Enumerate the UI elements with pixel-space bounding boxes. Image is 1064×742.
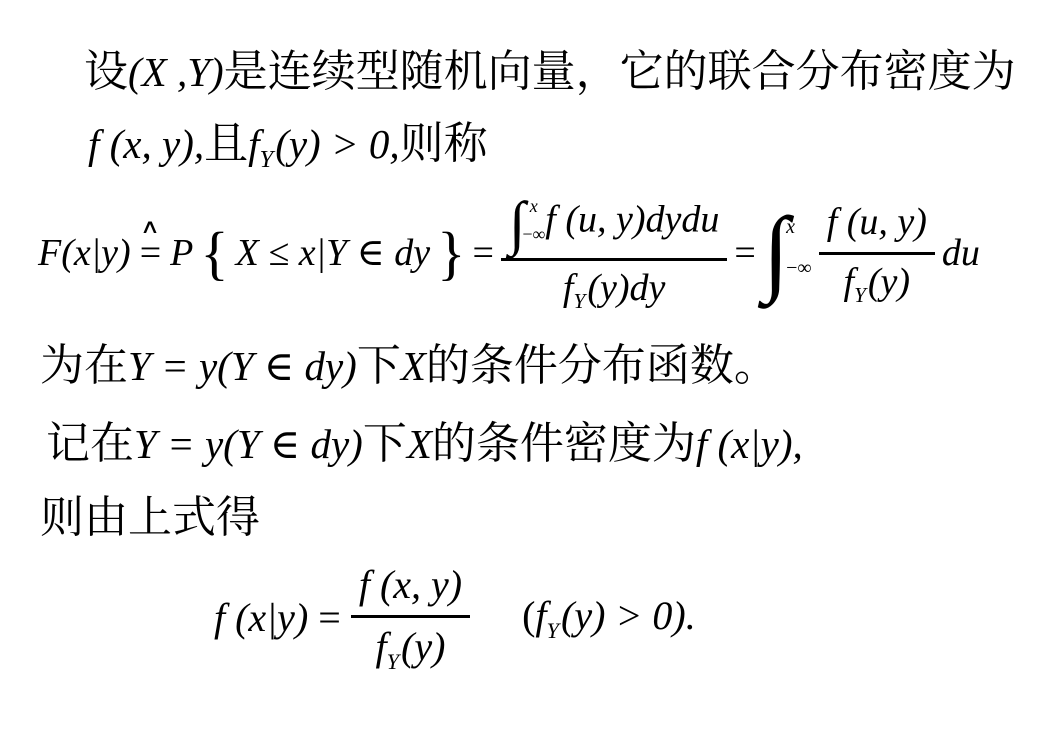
p4-cn1: 记在 bbox=[46, 419, 134, 468]
numerator-2-expr: f (u, y) bbox=[827, 201, 927, 243]
integral-1: ∫x−∞ bbox=[509, 193, 545, 253]
integral-2: ∫x−∞ bbox=[763, 207, 812, 295]
fraction-1-numerator: ∫x−∞f (u, y)dydu bbox=[501, 193, 728, 261]
fraction-final: f (x, y) fY(y) bbox=[351, 560, 470, 676]
den-2-f: f bbox=[844, 261, 855, 303]
pdf-lhs: f (x|y) bbox=[214, 593, 308, 643]
intro-cn-prefix: 设 bbox=[84, 47, 128, 96]
fraction-density-ratio: f (u, y) fY(y) bbox=[819, 199, 935, 308]
numerator-1-expr: f (u, y)dydu bbox=[545, 199, 719, 241]
integral-1-upper: x bbox=[522, 195, 545, 218]
den-2-sub-Y: Y bbox=[854, 283, 866, 307]
cond-sub-Y: Y bbox=[547, 618, 559, 643]
den-2-expr: (y) bbox=[868, 261, 910, 303]
integral-1-lower: −∞ bbox=[522, 223, 545, 246]
event-expression: X ≤ x|Y ∈ dy bbox=[236, 230, 431, 278]
den-1-f: f bbox=[563, 267, 574, 309]
p4-X: X bbox=[407, 421, 432, 467]
fraction-final-denominator: fY(y) bbox=[351, 618, 470, 676]
cn-then-called: 则称 bbox=[400, 119, 488, 168]
cond-f: f bbox=[535, 593, 546, 638]
intro-line-2: f (x, y),且fY(y) > 0,则称 bbox=[88, 116, 488, 176]
num-final-expr: f (x, y) bbox=[359, 562, 462, 607]
p4-condition-expr: Y = y(Y ∈ dy) bbox=[134, 421, 363, 467]
conditional-cdf-formula: F(x|y) ∧= P { X ≤ x|Y ∈ dy } = ∫x−∞f (u,… bbox=[38, 184, 980, 324]
integral-1-limits: x−∞ bbox=[522, 193, 545, 253]
defined-as-equals: ∧= bbox=[138, 230, 163, 278]
joint-density-symbol: f (x, y), bbox=[88, 121, 204, 167]
density-definition-line: 记在Y = y(Y ∈ dy)下X的条件密度为f (x|y), bbox=[46, 416, 803, 471]
cond-rest: (y) > 0). bbox=[561, 593, 696, 638]
fraction-2-numerator: f (u, y) bbox=[819, 199, 935, 255]
p4-cn2: 下 bbox=[363, 419, 407, 468]
integral-2-lower: −∞ bbox=[786, 256, 812, 281]
fraction-1-denominator: fY(y)dy bbox=[501, 261, 728, 315]
du-differential: du bbox=[942, 230, 980, 278]
p3-cn3: 的条件分布函数。 bbox=[426, 341, 778, 390]
p3-cn2: 下 bbox=[357, 341, 401, 390]
cn-and: 且 bbox=[204, 119, 248, 168]
p4-conditional-density-symbol: f (x|y), bbox=[696, 421, 803, 467]
den-final-sub-Y: Y bbox=[387, 649, 399, 674]
p4-cn3: 的条件密度为 bbox=[432, 419, 696, 468]
equals-1: = bbox=[472, 230, 493, 278]
then-from-above-line: 则由上式得 bbox=[40, 490, 260, 545]
integral-2-upper: x bbox=[786, 215, 812, 240]
fraction-final-numerator: f (x, y) bbox=[351, 560, 470, 618]
right-brace: } bbox=[437, 227, 465, 280]
defeq-sign: = bbox=[140, 232, 161, 274]
cond-open-paren: ( bbox=[522, 593, 535, 638]
integral-2-limits: x−∞ bbox=[786, 207, 812, 295]
den-final-f: f bbox=[375, 624, 386, 669]
random-vector-pair: (X ,Y) bbox=[128, 49, 224, 95]
marginal-sub-Y: Y bbox=[260, 146, 274, 173]
p3-condition-expr: Y = y(Y ∈ dy) bbox=[128, 343, 357, 389]
positivity-condition: (fY(y) > 0). bbox=[522, 591, 696, 645]
fraction-dy-ratio: ∫x−∞f (u, y)dydu fY(y)dy bbox=[501, 193, 728, 315]
den-1-expr: (y)dy bbox=[587, 267, 665, 309]
den-final-expr: (y) bbox=[401, 624, 445, 669]
marginal-positive: (y) > 0, bbox=[275, 121, 399, 167]
lecture-slide: 设(X ,Y)是连续型随机向量，它的联合分布密度为 f (x, y),且fY(y… bbox=[0, 0, 1064, 742]
cdf-lhs: F(x|y) bbox=[38, 230, 131, 278]
intro-line-1: 设(X ,Y)是连续型随机向量，它的联合分布密度为 bbox=[84, 44, 1016, 99]
definition-hat-icon: ∧ bbox=[140, 218, 160, 238]
equals-2: = bbox=[734, 230, 755, 278]
left-brace: { bbox=[200, 227, 228, 280]
fraction-2-denominator: fY(y) bbox=[819, 255, 935, 309]
equals-3: = bbox=[318, 593, 341, 643]
den-1-sub-Y: Y bbox=[573, 289, 585, 313]
conditional-density-formula: f (x|y) = f (x, y) fY(y) (fY(y) > 0). bbox=[214, 552, 696, 684]
intro-cn-suffix: 是连续型随机向量，它的联合分布密度为 bbox=[224, 47, 1016, 96]
marginal-f: f bbox=[248, 121, 259, 167]
cdf-name-line: 为在Y = y(Y ∈ dy)下X的条件分布函数。 bbox=[40, 338, 778, 393]
p3-cn1: 为在 bbox=[40, 341, 128, 390]
p5-cn: 则由上式得 bbox=[40, 493, 260, 542]
probability-P: P bbox=[170, 230, 193, 278]
p3-X: X bbox=[401, 343, 426, 389]
